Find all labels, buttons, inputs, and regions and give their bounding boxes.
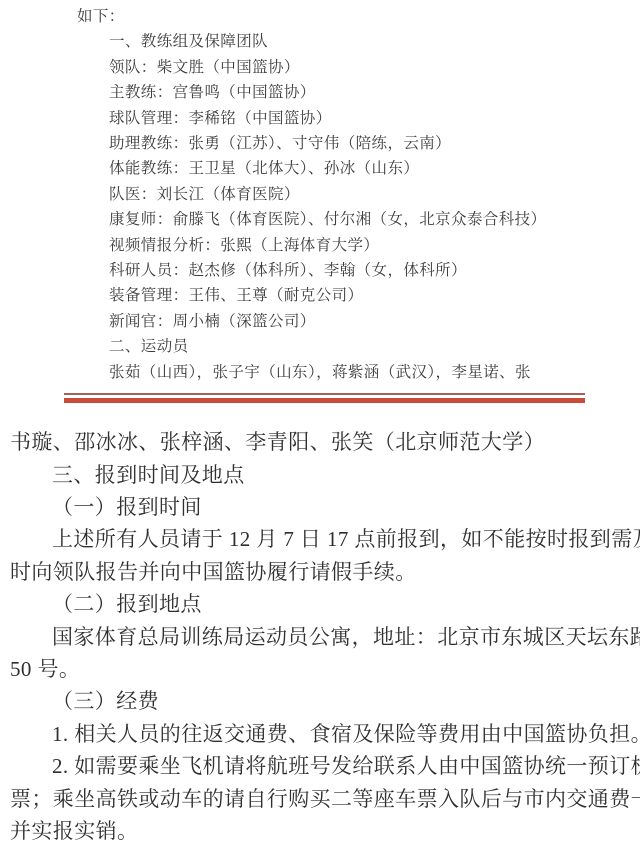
doc-line: 并实报实销。 xyxy=(10,815,634,847)
doc-subsection-heading: （一）报到时间 xyxy=(10,491,634,523)
doc-subsection-heading: （二）报到地点 xyxy=(10,588,634,620)
doc-line: 球队管理：李稀铭（中国篮协） xyxy=(77,106,620,131)
doc-line: 新闻官：周小楠（深篮公司） xyxy=(77,309,620,334)
doc-line: 上述所有人员请于 12 月 7 日 17 点前报到，如不能按时报到需及 xyxy=(10,523,634,555)
doc-line: 主教练：宫鲁鸣（中国篮协） xyxy=(77,80,620,105)
doc-subsection-heading: （三）经费 xyxy=(10,685,634,717)
doc-section-heading: 三、报到时间及地点 xyxy=(10,459,634,491)
doc-line: 国家体育总局训练局运动员公寓，地址：北京市东城区天坛东路 xyxy=(10,621,634,653)
doc-line: 视频情报分析：张熙（上海体育大学） xyxy=(77,233,620,258)
doc-line: 助理教练：张勇（江苏）、寸守伟（陪练，云南） xyxy=(77,131,620,156)
doc-line: 装备管理：王伟、王尊（耐克公司） xyxy=(77,283,620,308)
doc-line: 队医：刘长江（体育医院） xyxy=(77,182,620,207)
doc-line: 票；乘坐高铁或动车的请自行购买二等座车票入队后与市内交通费一 xyxy=(10,783,634,815)
doc-line: 领队：柴文胜（中国篮协） xyxy=(77,55,620,80)
doc-line: 康复师：俞滕飞（体育医院）、付尔湘（女，北京众泰合科技） xyxy=(77,207,620,232)
doc-line: 50 号。 xyxy=(10,653,634,685)
doc-line: 2. 如需要乘坐飞机请将航班号发给联系人由中国篮协统一预订机 xyxy=(10,750,634,782)
doc-line: 1. 相关人员的往返交通费、食宿及保险等费用由中国篮协负担。 xyxy=(10,718,634,750)
doc-line: 体能教练：王卫星（北体大）、孙冰（山东） xyxy=(77,156,620,181)
document-page-2: 书璇、邵冰冰、张梓涵、李青阳、张笑（北京师范大学） 三、报到时间及地点 （一）报… xyxy=(0,426,640,847)
doc-line: 科研人员：赵杰修（体科所）、李翰（女，体科所） xyxy=(77,258,620,283)
doc-section-heading: 二、运动员 xyxy=(77,334,620,359)
doc-line: 如下： xyxy=(77,4,620,29)
red-separator-thick-line xyxy=(64,398,585,403)
doc-line: 张茹（山西），张子宇（山东），蒋紫涵（武汉），李星诺、张 xyxy=(77,360,620,385)
document-page-1: 如下： 一、教练组及保障团队 领队：柴文胜（中国篮协） 主教练：宫鲁鸣（中国篮协… xyxy=(0,0,640,385)
doc-line: 时向领队报告并向中国篮协履行请假手续。 xyxy=(10,556,634,588)
doc-line: 书璇、邵冰冰、张梓涵、李青阳、张笑（北京师范大学） xyxy=(10,426,634,458)
page-break-separator xyxy=(64,393,585,403)
doc-section-heading: 一、教练组及保障团队 xyxy=(77,29,620,54)
